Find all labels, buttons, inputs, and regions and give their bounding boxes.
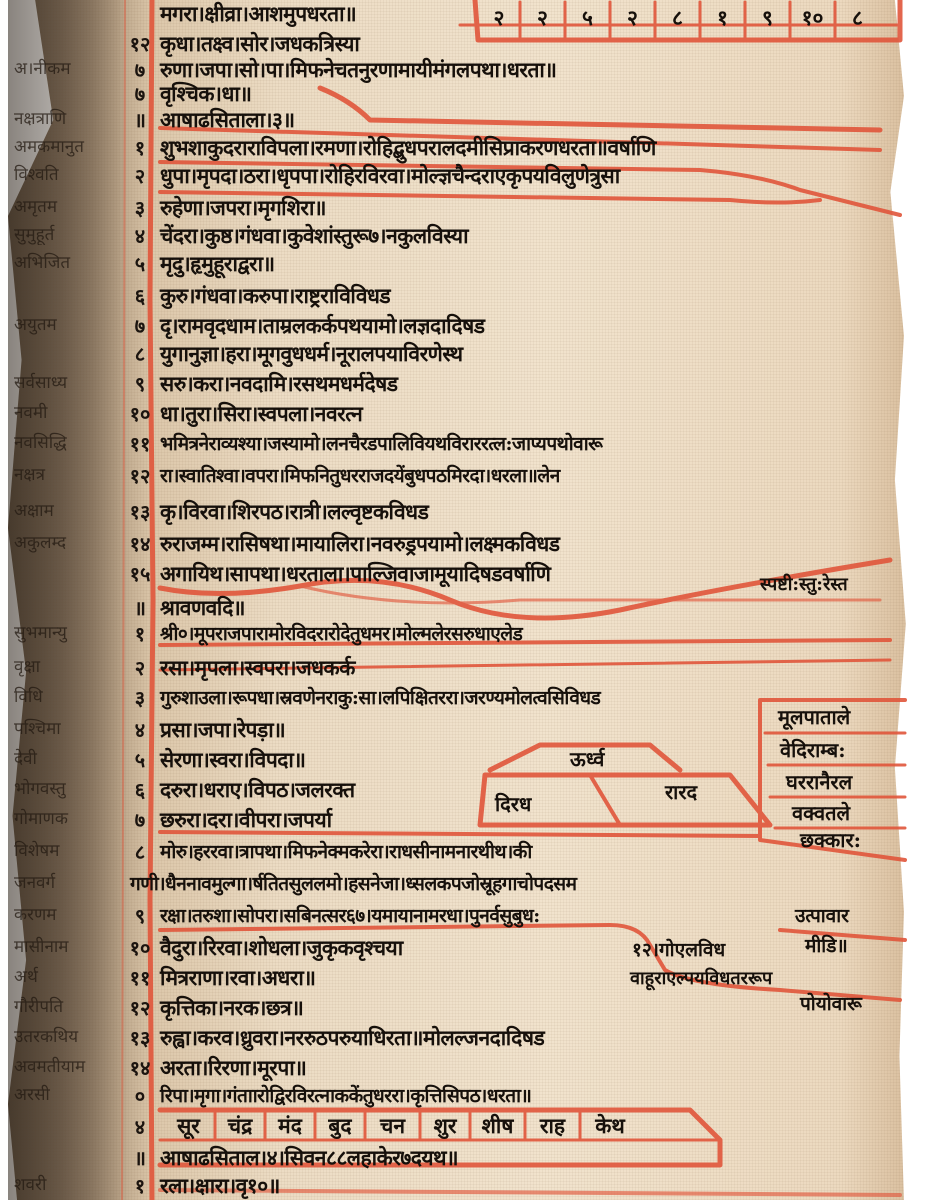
margin-note: अरसी [14, 1082, 109, 1105]
row-number: ॥ [128, 1144, 152, 1171]
margin-note: विशेषम [14, 838, 109, 861]
row-text: शुभशाकुदराराविपला।रमणा।रोहिद्बुधपरालदमीस… [160, 134, 656, 162]
margin-note: अमृतम [14, 194, 109, 217]
row-number: ७ [128, 56, 152, 83]
planet-box: राह [525, 1112, 580, 1140]
row-text: आषाढसिताल।४।सिवन८८लहाकेर७दयथ॥ [160, 1144, 458, 1172]
row-text: श्रावणवदि॥ [160, 594, 245, 622]
row-text: कृधा।तक्ष्व।सोर।जधकत्रिस्या [160, 30, 359, 58]
margin-note: जनवर्ग [14, 870, 109, 893]
row-number: ६ [128, 282, 152, 309]
margin-note: विधि [14, 684, 109, 707]
row-number: १३ [128, 498, 152, 525]
planet-box: चन [365, 1112, 420, 1140]
row-text: रा।स्वातिश्वा।वपरा।मिफनितुधरराजदयेंबुधपठ… [160, 462, 560, 488]
row-number: ७ [128, 806, 152, 833]
margin-note: विश्वति [14, 162, 109, 185]
margin-note: अयुतम [14, 312, 109, 335]
row-text: गुरुशाउला।रूपधा।स्रवणेनराकु:सा।लपिक्षितर… [160, 684, 600, 710]
row-text: कुरु।गंधवा।करुपा।राष्ट्रराविविधड [160, 282, 390, 310]
row-text: रसा।मृपला।स्वपरा।जधकर्क [160, 654, 355, 682]
row-text: अरता।रिरणा।मूरपा॥ [160, 1054, 306, 1082]
margin-note: नवसिद्धि [14, 430, 109, 453]
row-text: रुराजम्म।रासिषथा।मायालिरा।नवरुड्रपयामो।ल… [160, 530, 560, 558]
margin-note: नक्षत्राणि [14, 106, 109, 129]
row-text: रक्षा।तरुशा।सोपरा।सबिनत्सर६७।यमायानामरधा… [160, 902, 540, 928]
right-note: वाहूराएल्पयविधतररूप [630, 966, 772, 990]
row-text: वैदुरा।रिरवा।शोधला।जुकृकवृश्चया [160, 934, 403, 962]
margin-note: वृक्षा [14, 654, 109, 677]
row-number: ५ [128, 250, 152, 277]
row-number: ८ [128, 340, 152, 367]
margin-note: मासीनाम [14, 934, 109, 957]
row-number: ९ [128, 902, 152, 929]
row-number: ॥ [128, 106, 152, 133]
side-note: स्पष्टी:स्तु:रेस्त [760, 572, 848, 596]
row-text: दृ।रामवृदधाम।ताम्रलकर्कपथयामो।लज्ञदादिषड [160, 312, 485, 340]
right-column-item: मूलपाताले [778, 703, 850, 730]
row-number: १२ [128, 994, 152, 1021]
right-column-item: घररानैरल [786, 768, 852, 795]
numeral-box: २ [610, 4, 655, 32]
row-text: छरुरा।दरा।वीपरा।जपर्या [160, 806, 332, 834]
margin-note: अभिजित [14, 250, 109, 273]
planet-box: सूर [162, 1112, 215, 1140]
row-number: १३ [128, 1024, 152, 1051]
row-number: १२ [128, 30, 152, 57]
row-text: गणी।धैननावमुल्गा।र्षतितसुललमो।हसनेजा।ध्स… [130, 870, 577, 896]
margin-note: अमकमानुत [14, 134, 109, 157]
row-text: मगरा।क्षीव्रा।आशमुपधरता॥ [160, 0, 356, 28]
row-text: रुहेणा।जपरा।मृगशिरा॥ [160, 194, 326, 222]
right-note: १२।गोएलविध [632, 936, 725, 962]
numeral-box: ९ [745, 4, 790, 32]
row-number: ९ [128, 370, 152, 397]
row-number: ७ [128, 312, 152, 339]
margin-note: अर्थ [14, 964, 109, 987]
row-text: सरु।करा।नवदामि।रसथमधर्मदेषड [160, 370, 397, 398]
row-number: १४ [128, 1054, 152, 1081]
row-text: धुपा।मृपदा।ठरा।धृपपा।रोहिरविरवा।मोल्ज्ञच… [160, 162, 620, 190]
margin-note: देवी [14, 746, 109, 769]
row-number: १० [128, 400, 152, 427]
row-number: १४ [128, 530, 152, 557]
row-number: ३ [128, 194, 152, 221]
right-column-item: वेदिराम्ब: [780, 736, 846, 763]
margin-note: सुभमान्यु [14, 620, 109, 643]
right-column-item: छक्कार: [800, 826, 861, 853]
row-text: धा।तुरा।सिरा।स्वपला।नवरत्न [160, 400, 362, 428]
planet-box: शीष [470, 1112, 525, 1140]
row-number: ११ [128, 430, 152, 457]
margin-note: उतरकथिय [14, 1024, 109, 1047]
right-note: उत्पावार [795, 902, 849, 928]
diagram-top-label: ऊर्ध्व [570, 745, 604, 772]
planet-box: केथ [580, 1112, 640, 1140]
planet-box: बुद [315, 1112, 365, 1140]
right-column-item: वक्वतले [792, 799, 850, 826]
margin-note: पश्चिमा [14, 716, 109, 739]
row-text: चेंदरा।कुष्ठ।गंधवा।कुवेशांस्तुरू७।नकुलवि… [160, 222, 468, 250]
row-text: वृश्चिक।धा॥ [160, 80, 251, 108]
planet-box: चंद्र [215, 1112, 265, 1140]
row-number: ६ [128, 776, 152, 803]
row-text: श्री०।मूपराजपारामोरविदरारोदेतुधमर।मोल्मल… [160, 620, 522, 646]
row-text: प्रसा।जपा।रेपड़ा॥ [160, 716, 285, 744]
row-number: ११ [128, 964, 152, 991]
numeral-box: १० [790, 4, 835, 32]
margin-note: शवरी [14, 1172, 109, 1195]
row-number: ३ [128, 684, 152, 711]
numeral-box: ५ [565, 4, 610, 32]
row-text: रिपा।मृगा।गंताारोद्विरविरत्नाककेंतुधररा।… [160, 1082, 531, 1108]
row-number: ० [128, 1082, 152, 1109]
row-text: कृत्तिका।नरक।छत्र॥ [160, 994, 303, 1022]
row-number: १० [128, 934, 152, 961]
row-number: ४ [128, 1113, 152, 1140]
row-number: १५ [128, 560, 152, 587]
row-number: ५ [128, 746, 152, 773]
margin-note: अकुलम्द [14, 530, 109, 553]
margin-note: भोगवस्तु [14, 776, 109, 799]
row-text: युगानुज्ञा।हरा।मूगवुधधर्म।नूरालपयाविरणेस… [160, 340, 463, 368]
right-note: मीडि॥ [805, 932, 848, 958]
row-number: १ [128, 1172, 152, 1199]
margin-note: गोमाणक [14, 806, 109, 829]
row-text: आषाढसिताला।३॥ [160, 106, 295, 134]
row-number: १२ [128, 462, 152, 489]
numeral-box: २ [520, 4, 565, 32]
numeral-box: ८ [835, 4, 880, 32]
margin-note: सुमुहूर्त [14, 222, 109, 245]
margin-note: अक्षाम [14, 498, 109, 521]
numeral-box: २ [478, 4, 520, 32]
margin-note: नक्षत्र [14, 462, 109, 485]
row-number: ४ [128, 222, 152, 249]
row-text: कृ।विरवा।शिरपठ।रात्री।लल्वृष्टकविधड [160, 498, 428, 526]
row-text: रुह्वा।करव।ध्रुवरा।नररुठपरुयाधिरता॥मोलल्… [160, 1024, 544, 1052]
row-number: १ [128, 134, 152, 161]
row-number: २ [128, 654, 152, 681]
row-text: भमित्रनेराव्यश्या।जस्यामो।लनचैरडपालिवियथ… [160, 430, 602, 456]
numeral-box: ८ [655, 4, 700, 32]
row-text: सेरणा।स्वरा।विपदा॥ [160, 746, 305, 774]
row-number: ४ [128, 716, 152, 743]
row-text: रला।क्षारा।वृ१०॥ [160, 1172, 280, 1200]
planet-box: शुर [420, 1112, 470, 1140]
diagram-right-label: रारद [665, 778, 697, 805]
row-number: ७ [128, 80, 152, 107]
margin-note: करणम [14, 902, 109, 925]
margin-note: सर्वसाध्य [14, 370, 109, 393]
right-note: पोयोवारू [800, 990, 862, 1016]
row-number: ॥ [128, 594, 152, 621]
row-number: ८ [128, 838, 152, 865]
row-text: दरुरा।धराए।विपठ।जलरक्त [160, 776, 355, 804]
row-text: मोरु।हररवा।त्रापथा।मिफनेक्मकरेरा।राधसीना… [160, 838, 532, 864]
row-number: २ [128, 162, 152, 189]
margin-note: अवमतीयाम [14, 1054, 109, 1077]
row-text: अगायिथ।सापथा।धरताला।पाल्जिवाजामूयादिषडवर… [160, 560, 550, 588]
row-text: मृदु।हृमुहूराद्वरा॥ [160, 250, 275, 278]
row-number: १ [128, 620, 152, 647]
row-text: मित्रराणा।रवा।अधरा॥ [160, 964, 315, 992]
margin-note: नवमी [14, 400, 109, 423]
margin-note: गौरीपति [14, 994, 109, 1017]
numeral-box: १ [700, 4, 745, 32]
diagram-left-label: दिरध [495, 790, 531, 817]
planet-box: मंद [265, 1112, 315, 1140]
margin-note: अ।नीकम [14, 56, 109, 79]
